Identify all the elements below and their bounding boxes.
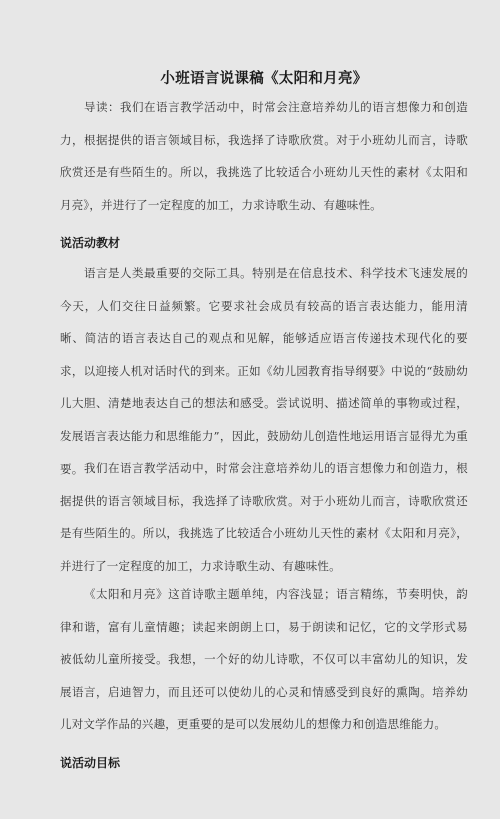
materials-paragraph-3: 《太阳和月亮》这首诗歌主题单纯，内容浅显；语言精练，节奏明快，韵律和谐，富有儿童… (60, 578, 468, 741)
document-title: 小班语言说课稿《太阳和月亮》 (60, 67, 468, 88)
section-heading-materials: 说活动教材 (60, 234, 120, 251)
materials-paragraph-1: 语言是人类最重要的交际工具。特别是在信息技术、科学技术飞速发展的今天，人们交往日… (60, 257, 468, 485)
intro-paragraph: 导读：我们在语言教学活动中，时常会注意培养幼儿的语言想像力和创造力，根据提供的语… (60, 91, 468, 221)
materials-paragraph-2: 我们在语言教学活动中，时常会注意培养幼儿的语言想像力和创造力，根据提供的语言领域… (60, 452, 468, 582)
section-heading-objectives: 说活动目标 (60, 754, 120, 771)
